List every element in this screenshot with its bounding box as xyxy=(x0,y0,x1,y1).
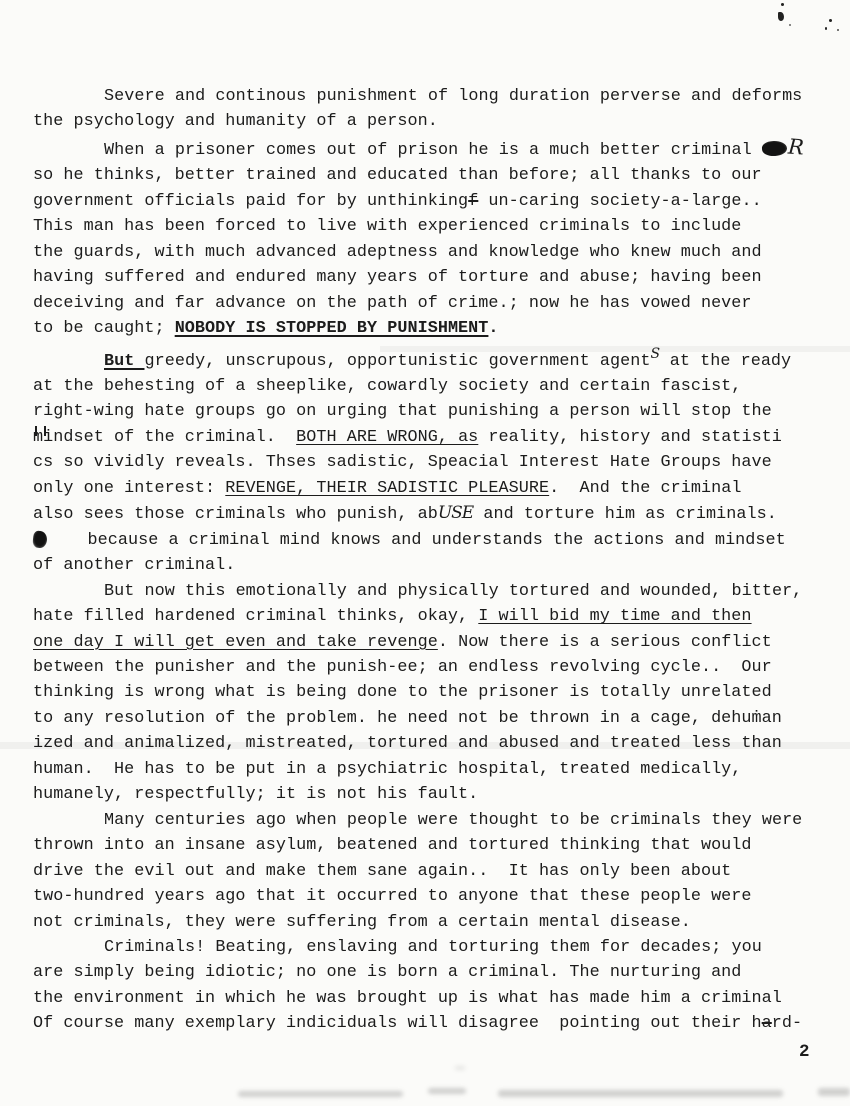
text-segment: This man has been forced to live with ex… xyxy=(33,217,741,236)
struck-out-char: a xyxy=(762,1014,772,1033)
ink-speck xyxy=(829,19,832,22)
text-segment: at the ready xyxy=(660,352,792,371)
ink-speck xyxy=(781,3,784,6)
text-segment: hate filled hardened criminal thinks, ok… xyxy=(33,607,478,626)
text-line: But greedy, unscrupous, opportunistic go… xyxy=(33,342,825,374)
underline-text: BOTH ARE WRONG, as xyxy=(296,428,478,447)
text-segment: humanely, respectfully; it is not his fa… xyxy=(33,785,478,804)
text-line: drive the evil out and make them sane ag… xyxy=(33,859,825,884)
bold-underline-text: But xyxy=(104,352,144,371)
handwritten-superscript: S xyxy=(651,346,660,362)
text-segment: indset of the criminal. xyxy=(43,428,296,447)
text-segment: because a criminal mind knows and unders… xyxy=(47,531,786,550)
ink-speck xyxy=(825,27,827,30)
text-segment: Severe and continous punishment of long … xyxy=(104,87,802,106)
text-line: to be caught; NOBODY IS STOPPED BY PUNIS… xyxy=(33,316,825,341)
text-segment: the guards, with much advanced adeptness… xyxy=(33,243,762,262)
text-line: are simply being idiotic; no one is born… xyxy=(33,960,825,985)
text-segment: greedy, unscrupous, opportunistic govern… xyxy=(144,352,650,371)
text-segment: Of course many exemplary indiciduals wil… xyxy=(33,1014,762,1033)
text-segment: When a prisoner comes out of prison he i… xyxy=(104,141,762,160)
struck-out-char: f xyxy=(468,192,478,211)
text-segment: thinking is wrong what is being done to … xyxy=(33,683,772,702)
text-segment: at the behesting of a sheeplike, cowardl… xyxy=(33,377,741,396)
text-segment: . And the criminal xyxy=(549,479,741,498)
bold-underline-text: NOBODY IS STOPPED BY PUNISHMENT xyxy=(175,319,489,338)
text-segment: only one interest: xyxy=(33,479,225,498)
text-segment: right-wing hate groups go on urging that… xyxy=(33,402,772,421)
text-line: between the punisher and the punish-ee; … xyxy=(33,655,825,680)
text-segment: so he thinks, better trained and educate… xyxy=(33,166,762,185)
text-line: government officials paid for by unthink… xyxy=(33,189,825,214)
text-segment: also sees those criminals who punish, ab xyxy=(33,505,438,524)
bleed-through-ghost-text xyxy=(238,1091,403,1097)
text-line: human. He has to be put in a psychiatric… xyxy=(33,757,825,782)
text-line: the guards, with much advanced adeptness… xyxy=(33,240,825,265)
text-line: Criminals! Beating, enslaving and tortur… xyxy=(33,935,825,960)
underline-text: I will bid my time and then xyxy=(478,607,751,626)
text-segment: having suffered and endured many years o… xyxy=(33,268,762,287)
text-line: ized and animalized, mistreated, torture… xyxy=(33,731,825,756)
ink-speck xyxy=(837,29,839,31)
text-segment: and torture him as criminals. xyxy=(473,505,777,524)
overtyped-char: m xyxy=(33,425,43,450)
text-segment: Many centuries ago when people were thou… xyxy=(104,811,802,830)
text-line: because a criminal mind knows and unders… xyxy=(33,528,825,553)
text-segment: deceiving and far advance on the path of… xyxy=(33,294,752,313)
text-line: to any resolution of the problem. he nee… xyxy=(33,706,825,731)
text-segment: cs so vividly reveals. Thses sadistic, S… xyxy=(33,453,772,472)
text-line: at the behesting of a sheeplike, cowardl… xyxy=(33,374,825,399)
text-segment: rd- xyxy=(772,1014,802,1033)
ink-scribble-blob xyxy=(32,530,48,548)
text-segment: to be caught; xyxy=(33,319,175,338)
text-line: right-wing hate groups go on urging that… xyxy=(33,399,825,424)
text-segment: government officials paid for by unthink… xyxy=(33,192,468,211)
text-segment: But now this emotionally and physically … xyxy=(104,582,802,601)
text-line: of another criminal. xyxy=(33,553,825,578)
text-line: hate filled hardened criminal thinks, ok… xyxy=(33,604,825,629)
text-line: cs so vividly reveals. Thses sadistic, S… xyxy=(33,450,825,475)
text-segment: two-hundred years ago that it occurred t… xyxy=(33,887,752,906)
ink-scribble-blob xyxy=(761,140,787,156)
text-line: Severe and continous punishment of long … xyxy=(33,84,825,109)
handwritten-annotation: R xyxy=(787,134,804,160)
underline-text: one day I will get even and take revenge xyxy=(33,633,438,652)
bleed-through-ghost-text xyxy=(498,1090,783,1097)
document-body: Severe and continous punishment of long … xyxy=(33,84,825,1037)
text-line: thrown into an insane asylum, beatened a… xyxy=(33,833,825,858)
page-number: 2 xyxy=(799,1042,810,1062)
handwritten-annotation: USE xyxy=(438,503,473,523)
text-segment: un-caring society-a-large.. xyxy=(478,192,761,211)
scanned-page: Severe and continous punishment of long … xyxy=(0,0,850,1106)
text-segment: drive the evil out and make them sane ag… xyxy=(33,862,731,881)
text-segment: Criminals! Beating, enslaving and tortur… xyxy=(104,938,762,957)
text-segment: are simply being idiotic; no one is born… xyxy=(33,963,741,982)
text-segment: to any resolution of the problem. he nee… xyxy=(33,709,782,728)
text-line: When a prisoner comes out of prison he i… xyxy=(33,135,825,163)
text-segment: human. He has to be put in a psychiatric… xyxy=(33,760,741,779)
text-line: Many centuries ago when people were thou… xyxy=(33,808,825,833)
text-line: only one interest: REVENGE, THEIR SADIST… xyxy=(33,476,825,501)
text-line: deceiving and far advance on the path of… xyxy=(33,291,825,316)
text-line: This man has been forced to live with ex… xyxy=(33,214,825,239)
text-segment: between the punisher and the punish-ee; … xyxy=(33,658,772,677)
text-line: humanely, respectfully; it is not his fa… xyxy=(33,782,825,807)
text-segment: the psychology and humanity of a person. xyxy=(33,112,438,131)
ink-speck xyxy=(789,24,791,26)
text-line: not criminals, they were suffering from … xyxy=(33,910,825,935)
text-line: two-hundred years ago that it occurred t… xyxy=(33,884,825,909)
text-line: mindset of the criminal. BOTH ARE WRONG,… xyxy=(33,425,825,450)
ink-speck xyxy=(778,12,784,21)
underline-text: REVENGE, THEIR SADISTIC PLEASURE xyxy=(225,479,549,498)
text-line: But now this emotionally and physically … xyxy=(33,579,825,604)
text-segment: not criminals, they were suffering from … xyxy=(33,913,691,932)
text-line: the environment in which he was brought … xyxy=(33,986,825,1011)
text-segment: . Now there is a serious conflict xyxy=(438,633,772,652)
text-segment: the environment in which he was brought … xyxy=(33,989,782,1008)
text-segment: reality, history and statisti xyxy=(478,428,782,447)
text-line: Of course many exemplary indiciduals wil… xyxy=(33,1011,825,1036)
text-line: having suffered and endured many years o… xyxy=(33,265,825,290)
bleed-through-ghost-text xyxy=(428,1088,466,1094)
text-line: one day I will get even and take revenge… xyxy=(33,630,825,655)
bleed-through-ghost-text xyxy=(818,1088,850,1096)
bold-text: . xyxy=(488,319,498,338)
text-line: the psychology and humanity of a person. xyxy=(33,109,825,134)
bleed-through-ghost-text xyxy=(455,1066,465,1070)
text-line: also sees those criminals who punish, ab… xyxy=(33,501,825,527)
text-segment: of another criminal. xyxy=(33,556,235,575)
text-segment: thrown into an insane asylum, beatened a… xyxy=(33,836,752,855)
text-line: so he thinks, better trained and educate… xyxy=(33,163,825,188)
text-line: thinking is wrong what is being done to … xyxy=(33,680,825,705)
text-segment: ized and animalized, mistreated, torture… xyxy=(33,734,782,753)
